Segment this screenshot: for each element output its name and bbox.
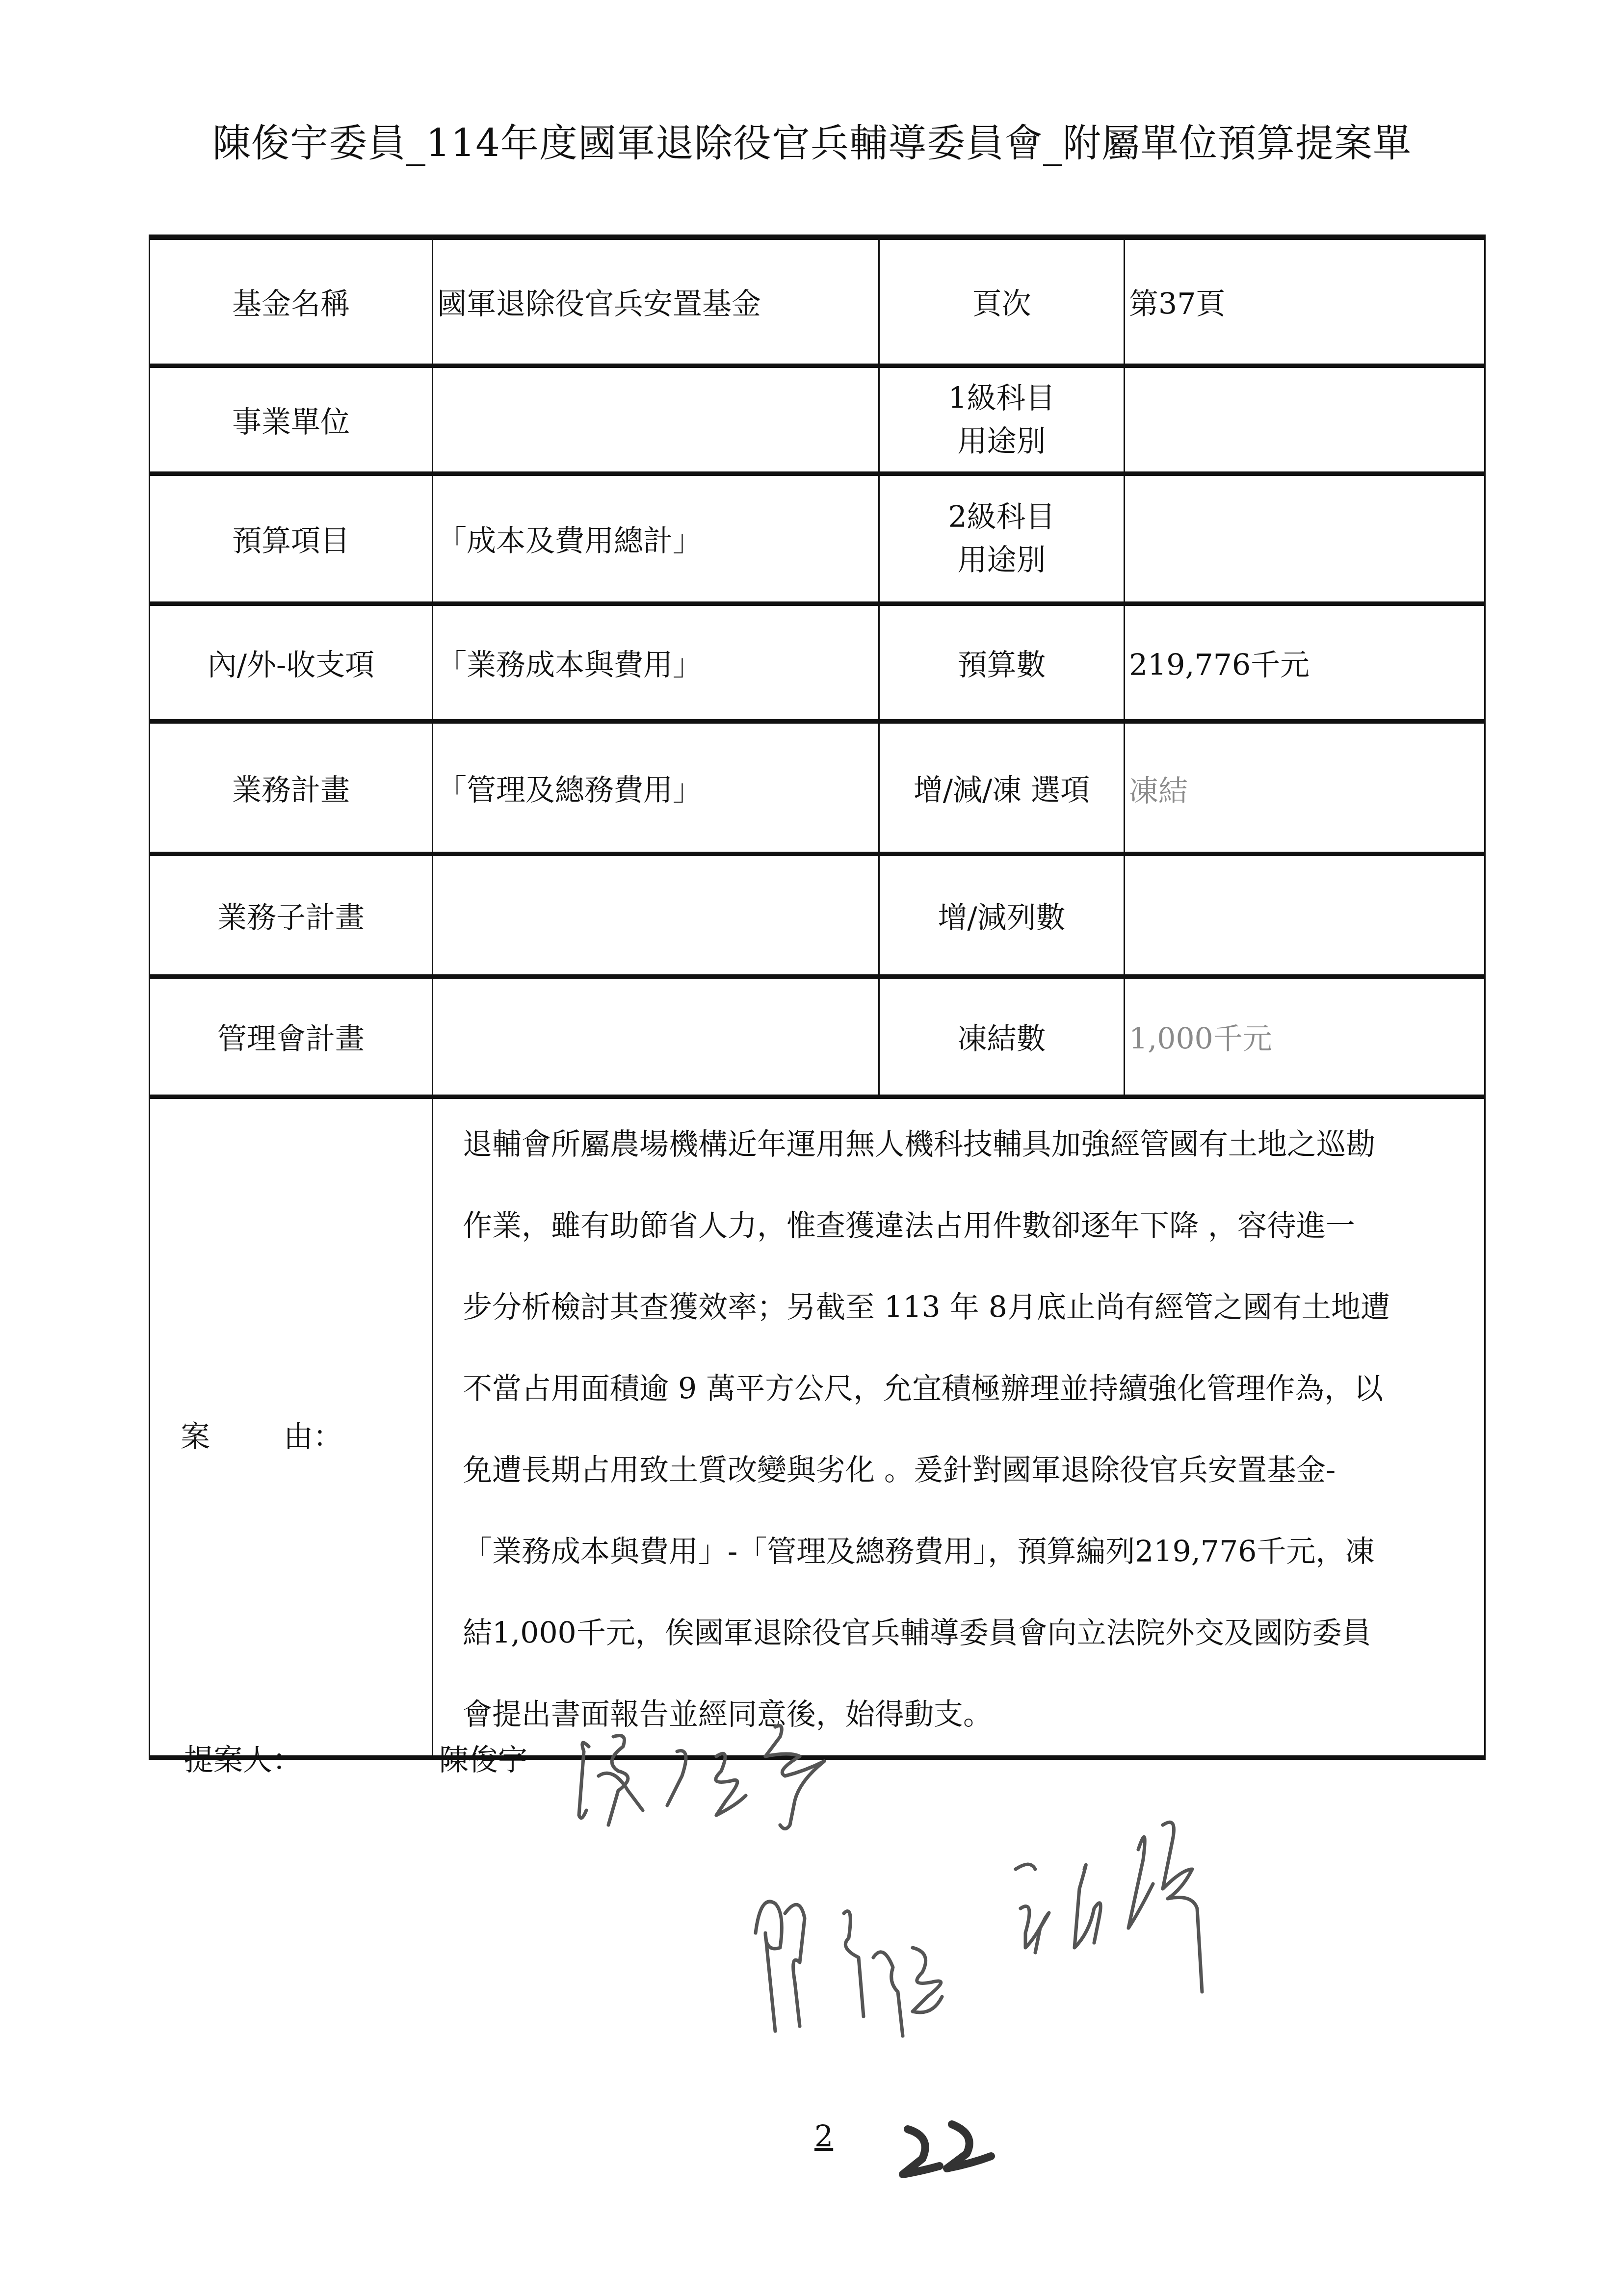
- row-budget-item: 預算項目 「成本及費用總計」 2級科目 用途別: [150, 474, 1485, 604]
- row-business-plan: 業務計畫 「管理及總務費用」 增/減/凍 選項 凍結: [150, 722, 1485, 854]
- label-sub-plan: 業務子計畫: [150, 854, 433, 977]
- reason-text: 退輔會所屬農場機構近年運用無人機科技輔具加強經管國有土地之巡勘 作業，雖有助節省…: [433, 1097, 1485, 1758]
- reason-line: 步分析檢討其查獲效率；另截至 113 年 8月底止尚有經管之國有土地遭: [463, 1267, 1474, 1348]
- document-title: 陳俊宇委員_114年度國軍退除役官兵輔導委員會_附屬單位預算提案單: [0, 113, 1624, 168]
- proposer-label: 提案人：: [184, 1737, 302, 1779]
- row-business-unit: 事業單位 1級科目 用途別: [150, 366, 1485, 474]
- value-business-plan: 「管理及總務費用」: [433, 722, 879, 854]
- reason-line: 「業務成本與費用」-「管理及總務費用」，預算編列219,776千元，凍: [463, 1511, 1474, 1592]
- value-freeze-amount: 1,000千元: [1125, 977, 1485, 1097]
- label-fund-name: 基金名稱: [150, 237, 433, 366]
- reason-line: 免遭長期占用致土質改變與劣化 。爰針對國軍退除役官兵安置基金-: [463, 1430, 1474, 1511]
- label-adjust-option: 增/減/凍 選項: [879, 722, 1125, 854]
- value-income-expense: 「業務成本與費用」: [433, 604, 879, 722]
- reason-line: 不當占用面積逾 9 萬平方公尺，允宜積極辦理並持續強化管理作為，以: [463, 1348, 1474, 1430]
- value-budget-item: 「成本及費用總計」: [433, 474, 879, 604]
- label-reason-a: 案: [181, 1420, 210, 1454]
- handwritten-signature-3: [1006, 1810, 1251, 1997]
- value-page: 第37頁: [1125, 237, 1485, 366]
- reason-line: 結1,000千元，俟國軍退除役官兵輔導委員會向立法院外交及國防委員: [463, 1592, 1474, 1674]
- label-adjust-amount: 增/減列數: [879, 854, 1125, 977]
- label-mgmt-plan: 管理會計畫: [150, 977, 433, 1097]
- budget-proposal-form: 基金名稱 國軍退除役官兵安置基金 頁次 第37頁 事業單位 1級科目 用途別 預…: [149, 235, 1486, 1760]
- handwritten-signature-2: [746, 1884, 1001, 2041]
- label-level2-line2: 用途別: [880, 539, 1124, 582]
- label-reason-b: 由：: [284, 1420, 342, 1454]
- label-freeze-amount: 凍結數: [879, 977, 1125, 1097]
- handwritten-page-number: [898, 2119, 1001, 2178]
- handwritten-signature-1: [569, 1717, 903, 1835]
- value-adjust-amount: [1125, 854, 1485, 977]
- label-level1-line2: 用途別: [880, 420, 1124, 463]
- label-budget-item: 預算項目: [150, 474, 433, 604]
- reason-line: 作業，雖有助節省人力，惟查獲違法占用件數卻逐年下降 ，容待進一: [463, 1185, 1474, 1267]
- label-page: 頁次: [879, 237, 1125, 366]
- label-business-plan: 業務計畫: [150, 722, 433, 854]
- label-level1-subject: 1級科目 用途別: [879, 366, 1125, 474]
- value-fund-name: 國軍退除役官兵安置基金: [433, 237, 879, 366]
- label-business-unit: 事業單位: [150, 366, 433, 474]
- row-mgmt-plan: 管理會計畫 凍結數 1,000千元: [150, 977, 1485, 1097]
- value-level1-subject: [1125, 366, 1485, 474]
- label-level2-line1: 2級科目: [880, 496, 1124, 539]
- value-budget-amount: 219,776千元: [1125, 604, 1485, 722]
- page-number: 2: [814, 2119, 833, 2154]
- label-budget-amount: 預算數: [879, 604, 1125, 722]
- value-sub-plan: [433, 854, 879, 977]
- value-adjust-option: 凍結: [1125, 722, 1485, 854]
- row-income-expense: 內/外-收支項 「業務成本與費用」 預算數 219,776千元: [150, 604, 1485, 722]
- label-level1-line1: 1級科目: [880, 377, 1124, 420]
- label-income-expense: 內/外-收支項: [150, 604, 433, 722]
- value-mgmt-plan: [433, 977, 879, 1097]
- row-fund-name: 基金名稱 國軍退除役官兵安置基金 頁次 第37頁: [150, 237, 1485, 366]
- row-reason: 案由： 退輔會所屬農場機構近年運用無人機科技輔具加強經管國有土地之巡勘 作業，雖…: [150, 1097, 1485, 1758]
- value-level2-subject: [1125, 474, 1485, 604]
- label-level2-subject: 2級科目 用途別: [879, 474, 1125, 604]
- row-sub-plan: 業務子計畫 增/減列數: [150, 854, 1485, 977]
- proposer-name: 陳俊宇: [439, 1737, 527, 1779]
- value-business-unit: [433, 366, 879, 474]
- label-reason: 案由：: [150, 1097, 433, 1758]
- reason-line: 退輔會所屬農場機構近年運用無人機科技輔具加強經管國有土地之巡勘: [463, 1104, 1474, 1185]
